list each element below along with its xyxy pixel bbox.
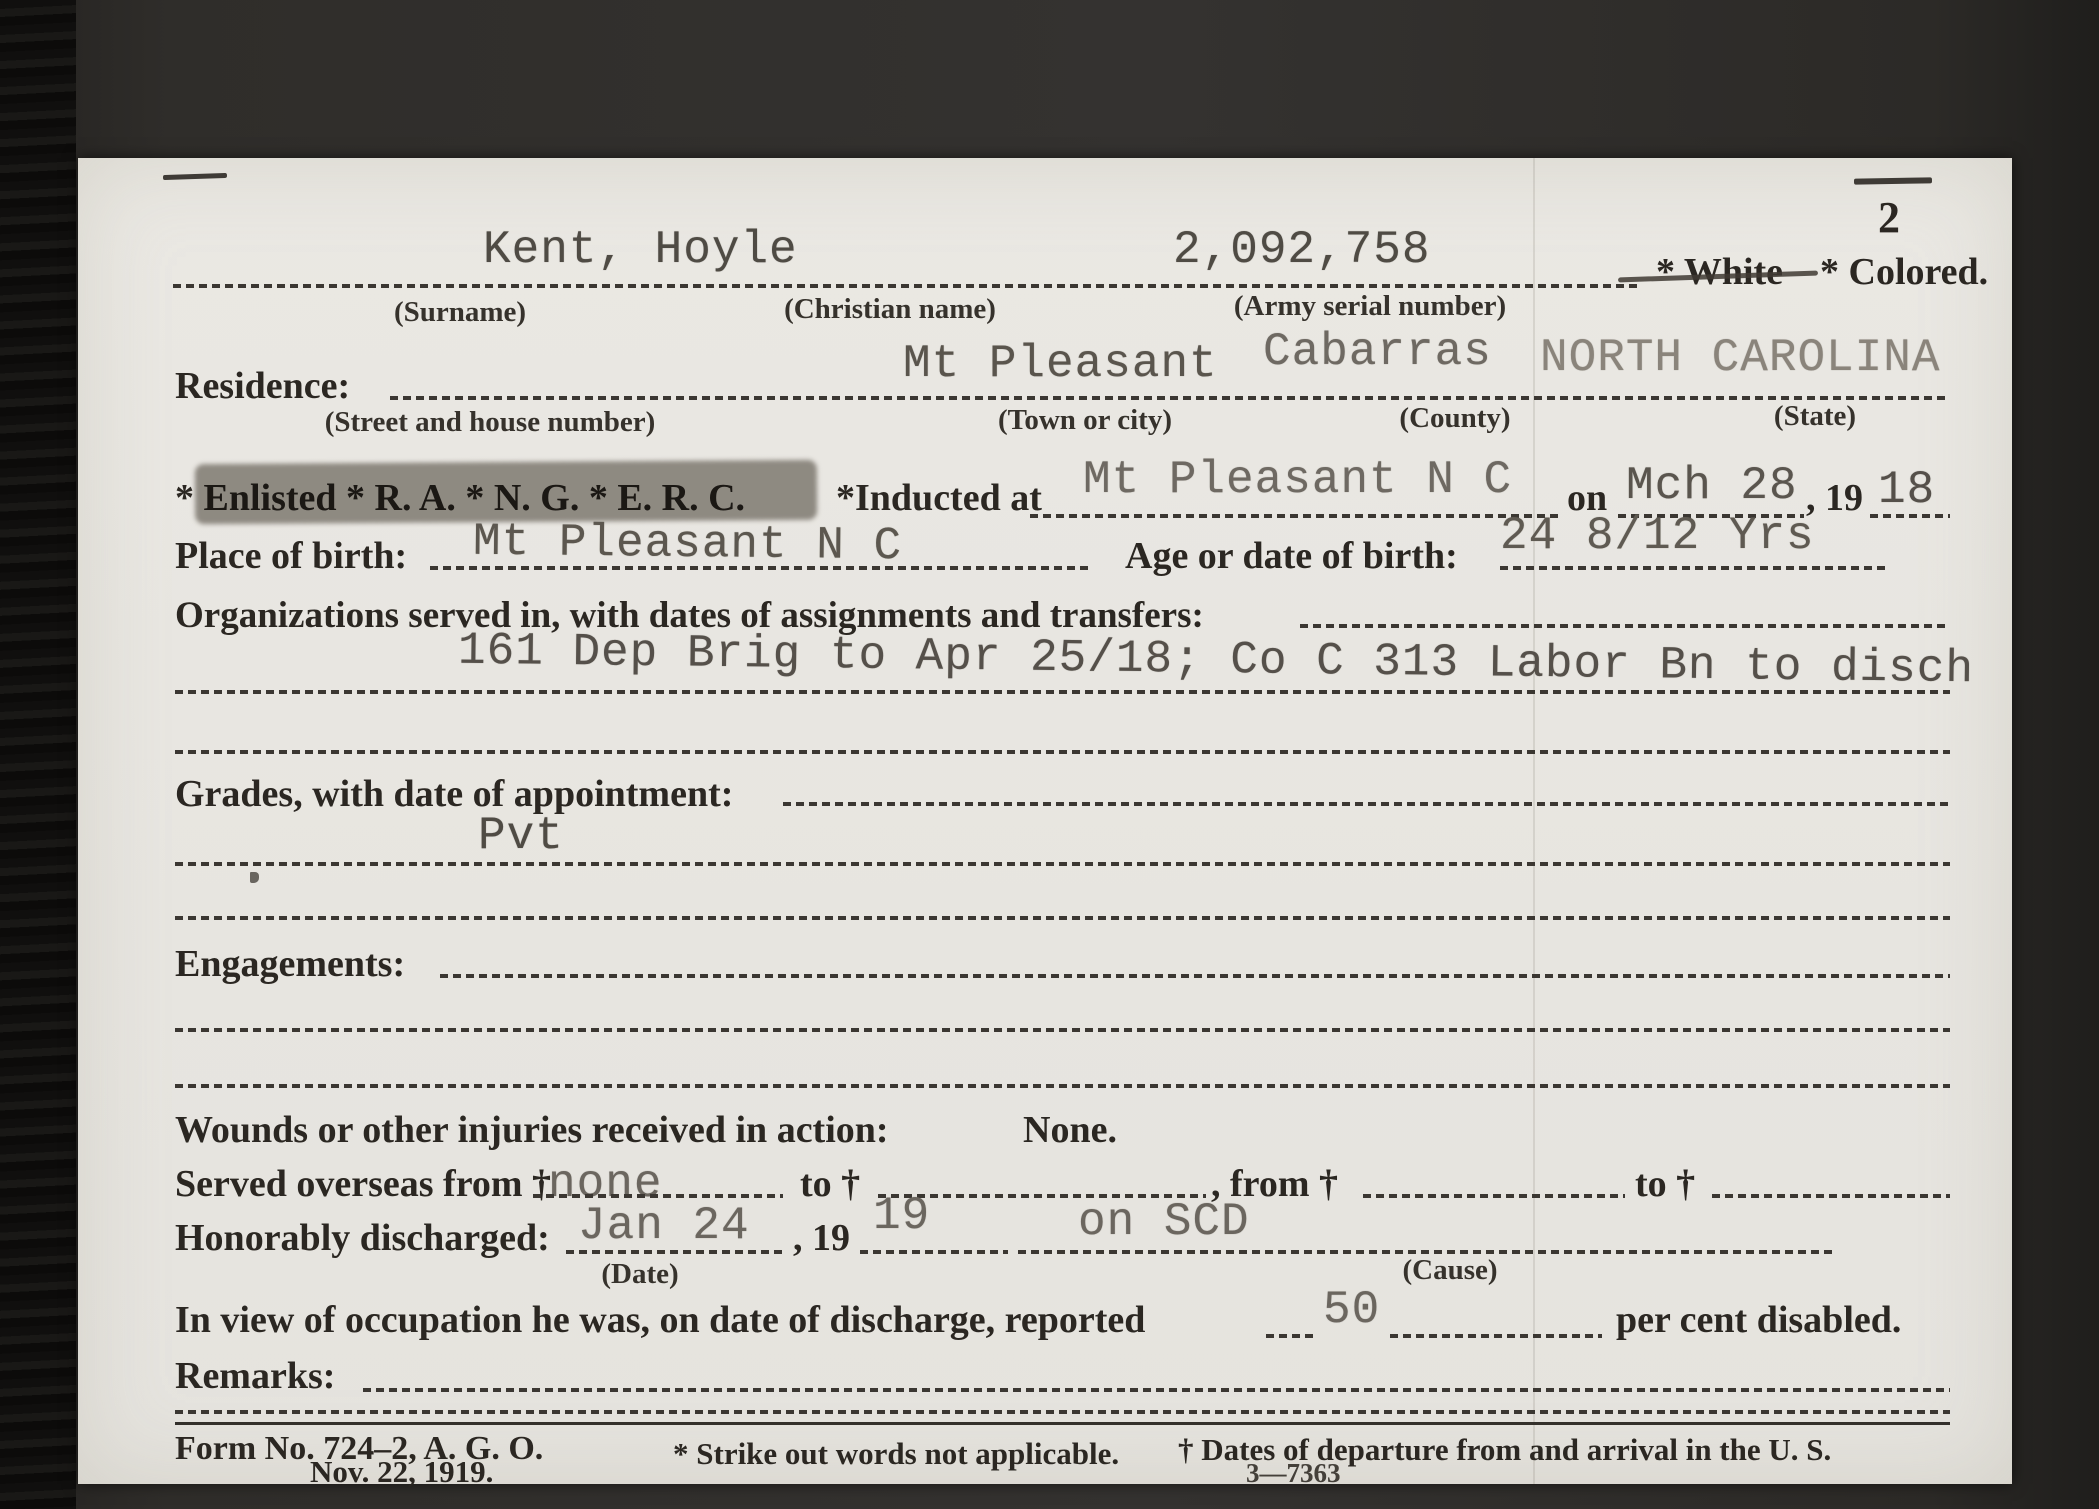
race-colored-option: * Colored. (1820, 250, 1988, 294)
place-of-birth-label: Place of birth: (175, 534, 407, 578)
residence-label: Residence: (175, 364, 350, 408)
inducted-date-value: Mch 28 (1626, 460, 1798, 512)
grades-rule-1 (783, 802, 1950, 806)
page-number: 2 (1878, 192, 1900, 243)
inducted-at-label: *Inducted at (836, 476, 1042, 520)
army-serial-value: 2,092,758 (1173, 224, 1430, 276)
name-line-rule (173, 284, 1641, 288)
residence-state-value: NORTH CAROLINA (1540, 332, 1940, 384)
residence-town-value: Mt Pleasant (903, 338, 1218, 390)
disability-rule-2 (1390, 1334, 1602, 1338)
remarks-rule-1 (363, 1388, 1950, 1392)
wounds-value: None. (1023, 1108, 1117, 1152)
surname-label: (Surname) (360, 296, 560, 329)
bottom-solid-rule (175, 1422, 1950, 1425)
street-label: (Street and house number) (290, 406, 690, 439)
footer-strike-note: * Strike out words not applicable. (673, 1436, 1119, 1472)
overseas-to2-label: to † (1635, 1162, 1695, 1206)
inducted-place-value: Mt Pleasant N C (1083, 454, 1512, 506)
grades-label: Grades, with date of appointment: (175, 772, 733, 816)
stray-ink-mark (250, 872, 259, 883)
pen-mark-top-left (163, 173, 227, 180)
residence-county-value: Cabarras (1263, 326, 1492, 378)
grades-value: Pvt (478, 810, 564, 862)
disability-label: In view of occupation he was, on date of… (175, 1298, 1145, 1342)
christian-name-label: (Christian name) (740, 293, 1040, 326)
age-rule (1500, 566, 1890, 570)
disability-rule-1 (1266, 1334, 1318, 1338)
inducted-year-rule (1870, 514, 1950, 518)
discharge-cause-value: on SCD (1078, 1196, 1250, 1248)
discharge-rule-2 (860, 1250, 1008, 1254)
footer-print-code: 3—7363 (1246, 1458, 1341, 1489)
inducted-year-value: 18 (1878, 464, 1935, 516)
state-label: (State) (1715, 400, 1915, 433)
discharge-label: Honorably discharged: (175, 1216, 550, 1260)
organizations-value: 161 Dep Brig to Apr 25/18; Co C 313 Labo… (458, 625, 1975, 696)
remarks-label: Remarks: (175, 1354, 335, 1398)
organizations-rule-1 (1300, 624, 1950, 628)
overseas-label: Served overseas from † (175, 1162, 551, 1206)
organizations-rule-3 (175, 750, 1950, 754)
organizations-rule-2 (175, 690, 1950, 694)
scan-left-edge (0, 0, 76, 1509)
pen-mark-top-right (1854, 177, 1932, 184)
engagements-label: Engagements: (175, 942, 405, 986)
discharge-rule-1 (566, 1250, 784, 1254)
discharge-date-label: (Date) (540, 1258, 740, 1291)
place-of-birth-rule (430, 566, 1090, 570)
overseas-rule-1 (533, 1194, 783, 1198)
wounds-label: Wounds or other injuries received in act… (175, 1108, 889, 1152)
place-of-birth-value: Mt Pleasant N C (473, 516, 903, 572)
discharge-year-prefix: , 19 (793, 1216, 850, 1260)
overseas-rule-4 (1712, 1194, 1950, 1198)
overseas-rule-3 (1363, 1194, 1625, 1198)
disability-suffix: per cent disabled. (1616, 1298, 1901, 1342)
discharge-year-value: 19 (873, 1190, 930, 1242)
service-record-card: 2 Kent, Hoyle 2,092,758 * White * Colore… (78, 158, 2012, 1484)
scanned-page: 2 Kent, Hoyle 2,092,758 * White * Colore… (0, 0, 2099, 1509)
surname-christian-value: Kent, Hoyle (483, 224, 798, 276)
disability-percent-value: 50 (1323, 1284, 1380, 1336)
bottom-dotted-rule (175, 1410, 1950, 1414)
engagements-rule-2 (175, 1028, 1950, 1032)
engagements-rule-3 (175, 1084, 1950, 1088)
engagements-rule-1 (440, 974, 1950, 978)
grades-rule-2 (175, 862, 1950, 866)
overseas-to1-label: to † (800, 1162, 860, 1206)
serial-number-label: (Army serial number) (1195, 290, 1545, 323)
grades-rule-3 (175, 916, 1950, 920)
town-label: (Town or city) (935, 404, 1235, 437)
footer-form-date: Nov. 22, 1919. (310, 1454, 493, 1490)
age-label: Age or date of birth: (1125, 534, 1458, 578)
discharge-date-value: Jan 24 (578, 1200, 750, 1252)
inducted-place-rule (1030, 514, 1558, 518)
county-label: (County) (1355, 402, 1555, 435)
enlistment-options-smudge (195, 460, 817, 524)
age-value: 24 8/12 Yrs (1500, 510, 1815, 562)
discharge-cause-label: (Cause) (1350, 1254, 1550, 1287)
